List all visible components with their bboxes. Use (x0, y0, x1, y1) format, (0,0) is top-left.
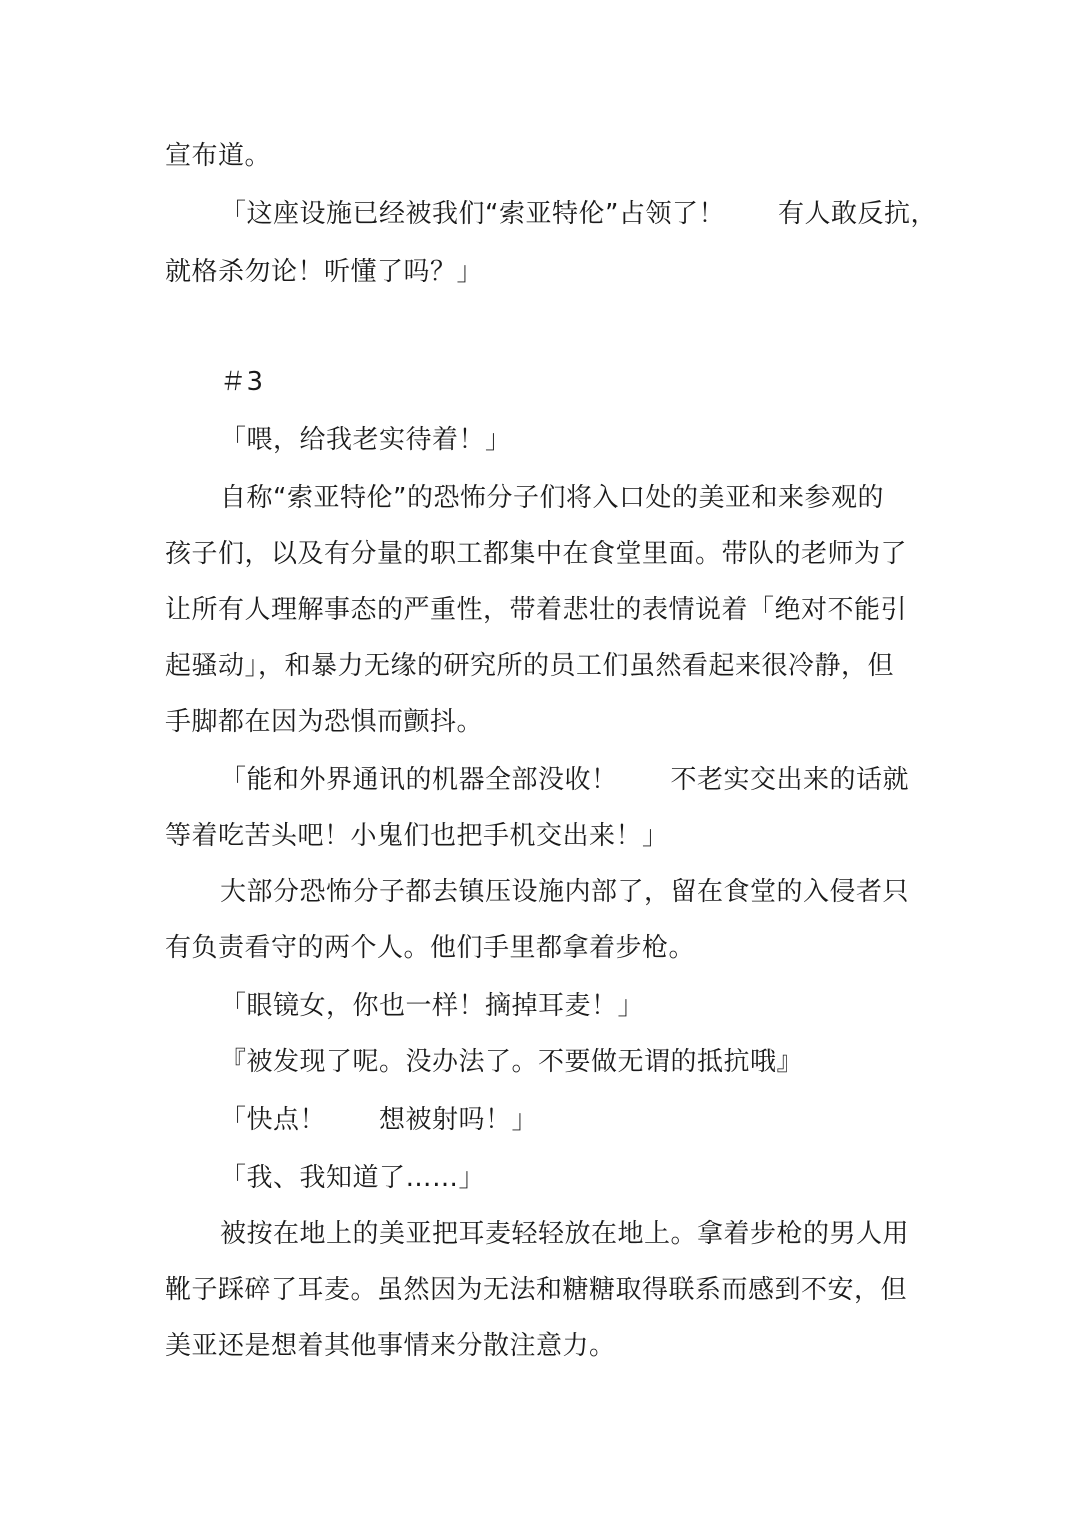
dialogue-line: 「能和外界通讯的机器全部没收！ 不老实交出来的话就 (220, 764, 980, 796)
paragraph-line: 美亚还是想着其他事情来分散注意力。 (165, 1330, 925, 1362)
paragraph-line: 自称“索亚特伦”的恐怖分子们将入口处的美亚和来参观的 (220, 482, 980, 514)
paragraph-line: 孩子们，以及有分量的职工都集中在食堂里面。带队的老师为了 (165, 538, 925, 570)
dialogue-line: 『被发现了呢。没办法了。不要做无谓的抵抗哦』 (220, 1046, 980, 1078)
dialogue-line: 「快点！ 想被射吗！」 (220, 1104, 980, 1136)
dialogue-line: 等着吃苦头吧！小鬼们也把手机交出来！」 (165, 820, 925, 852)
document-page: 宣布道。 「这座设施已经被我们“索亚特伦”占领了！ 有人敢反抗， 就格杀勿论！听… (0, 0, 1080, 1527)
dialogue-line: 「这座设施已经被我们“索亚特伦”占领了！ 有人敢反抗， (220, 198, 980, 230)
text-line: 宣布道。 (165, 140, 925, 172)
paragraph-line: 手脚都在因为恐惧而颤抖。 (165, 706, 925, 738)
paragraph-line: 有负责看守的两个人。他们手里都拿着步枪。 (165, 932, 925, 964)
paragraph-line: 让所有人理解事态的严重性，带着悲壮的表情说着「绝对不能引 (165, 594, 925, 626)
dialogue-line: 「眼镜女，你也一样！摘掉耳麦！」 (220, 990, 980, 1022)
dialogue-line: 就格杀勿论！听懂了吗？」 (165, 256, 925, 288)
section-heading: ＃3 (220, 366, 980, 398)
paragraph-line: 起骚动」，和暴力无缘的研究所的员工们虽然看起来很冷静，但 (165, 650, 925, 682)
paragraph-line: 大部分恐怖分子都去镇压设施内部了，留在食堂的入侵者只 (220, 876, 980, 908)
dialogue-line: 「我、我知道了……」 (220, 1162, 980, 1194)
paragraph-line: 靴子踩碎了耳麦。虽然因为无法和糖糖取得联系而感到不安，但 (165, 1274, 925, 1306)
dialogue-line: 「喂，给我老实待着！」 (220, 424, 980, 456)
paragraph-line: 被按在地上的美亚把耳麦轻轻放在地上。拿着步枪的男人用 (220, 1218, 980, 1250)
